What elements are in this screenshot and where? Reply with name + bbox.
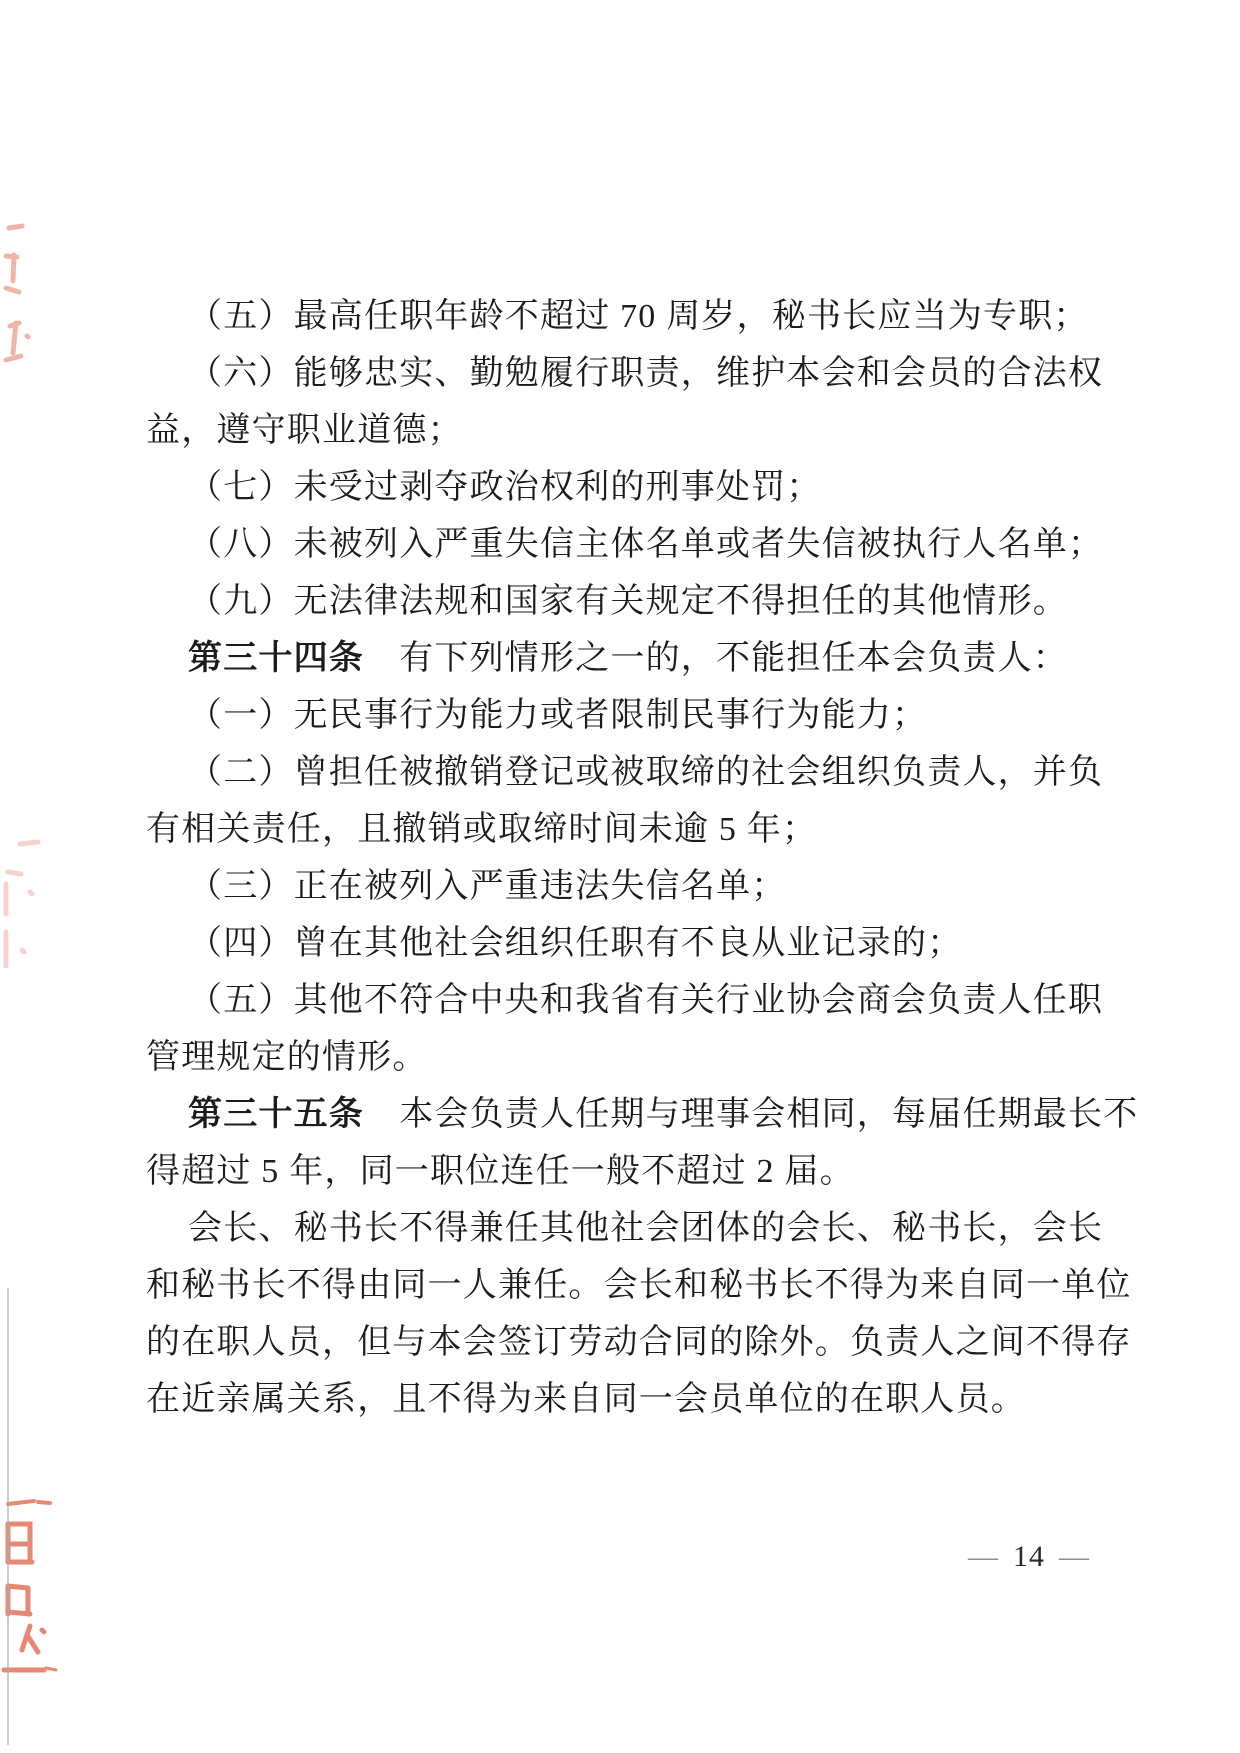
body-line: （五）其他不符合中央和我省有关行业协会商会负责人任职	[146, 972, 1121, 1029]
article-heading-line: 第三十四条 有下列情形之一的，不能担任本会负责人：	[146, 630, 1121, 687]
body-line: 益，遵守职业道德；	[146, 402, 1121, 459]
body-line: 得超过 5 年，同一职位连任一般不超过 2 届。	[146, 1143, 1121, 1200]
scan-artifact-line	[7, 1288, 9, 1745]
body-line: （三）正在被列入严重违法失信名单；	[146, 858, 1121, 915]
body-line: 和秘书长不得由同一人兼任。会长和秘书长不得为来自同一单位	[146, 1257, 1121, 1314]
article-text: 有下列情形之一的，不能担任本会负责人：	[364, 640, 1068, 677]
body-line: （五）最高任职年龄不超过 70 周岁，秘书长应当为专职；	[146, 288, 1121, 345]
body-line: （一）无民事行为能力或者限制民事行为能力；	[146, 687, 1121, 744]
page-number-dash: —	[1059, 1540, 1090, 1573]
page-number: —14—	[968, 1540, 1090, 1574]
page-number-dash: —	[968, 1540, 999, 1573]
body-line: （四）曾在其他社会组织任职有不良从业记录的；	[146, 915, 1121, 972]
red-seal-fragment-top-icon	[0, 218, 40, 390]
page-number-value: 14	[1013, 1540, 1045, 1573]
red-seal-fragment-middle-icon	[0, 832, 52, 972]
body-line: 会长、秘书长不得兼任其他社会团体的会长、秘书长，会长	[146, 1200, 1121, 1257]
body-line: 有相关责任，且撤销或取缔时间未逾 5 年；	[146, 801, 1121, 858]
body-line: （二）曾担任被撤销登记或被取缔的社会组织负责人，并负	[146, 744, 1121, 801]
body-line: （九）无法律法规和国家有关规定不得担任的其他情形。	[146, 573, 1121, 630]
body-line: （八）未被列入严重失信主体名单或者失信被执行人名单；	[146, 516, 1121, 573]
article-heading-line: 第三十五条 本会负责人任期与理事会相同，每届任期最长不	[146, 1086, 1121, 1143]
body-line: 管理规定的情形。	[146, 1029, 1121, 1086]
article-text: 本会负责人任期与理事会相同，每届任期最长不	[364, 1096, 1138, 1133]
red-seal-fragment-bottom-icon	[0, 1494, 62, 1680]
document-page: （五）最高任职年龄不超过 70 周岁，秘书长应当为专职； （六）能够忠实、勤勉履…	[0, 0, 1240, 1753]
document-body: （五）最高任职年龄不超过 70 周岁，秘书长应当为专职； （六）能够忠实、勤勉履…	[146, 288, 1121, 1428]
article-number: 第三十五条	[188, 1095, 364, 1133]
article-number: 第三十四条	[188, 639, 364, 677]
body-line: 的在职人员，但与本会签订劳动合同的除外。负责人之间不得存	[146, 1314, 1121, 1371]
body-line: （七）未受过剥夺政治权利的刑事处罚；	[146, 459, 1121, 516]
body-line: 在近亲属关系，且不得为来自同一会员单位的在职人员。	[146, 1371, 1121, 1428]
body-line: （六）能够忠实、勤勉履行职责，维护本会和会员的合法权	[146, 345, 1121, 402]
